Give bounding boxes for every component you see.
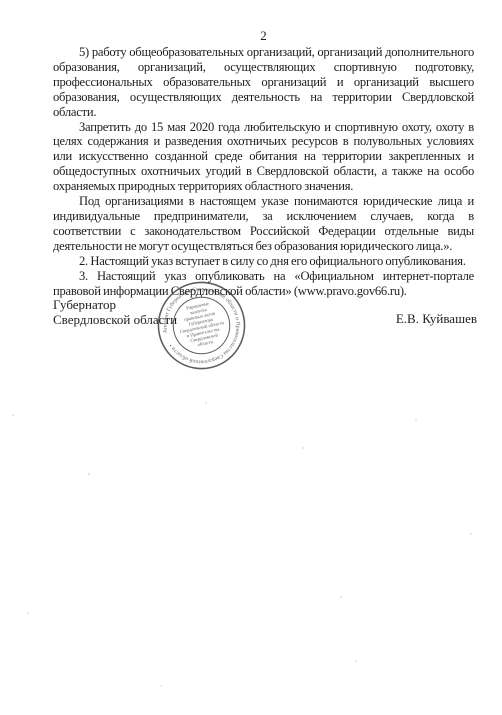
document-page: 2 5) работу общеобразовательных организа… <box>0 0 502 715</box>
signatory-name: Е.В. Куйвашев <box>396 311 477 327</box>
official-stamp: Аппарат Губернатора Свердловской области… <box>148 272 256 380</box>
document-body: 5) работу общеобразовательных организаци… <box>53 45 474 298</box>
para-hunting-ban: Запретить до 15 мая 2020 года любительск… <box>53 120 474 195</box>
para-organizations-definition: Под организациями в настоящем указе пони… <box>53 194 474 254</box>
signature-block: Губернатор Свердловской области Е.В. Куй… <box>53 298 474 327</box>
para-entry-into-force: 2. Настоящий указ вступает в силу со дня… <box>53 254 474 269</box>
para-publication: 3. Настоящий указ опубликовать на «Офици… <box>53 269 474 299</box>
scan-noise <box>0 0 2 2</box>
para-subitem-5: 5) работу общеобразовательных организаци… <box>53 45 474 120</box>
page-number: 2 <box>53 28 474 44</box>
official-stamp-graphic: Аппарат Губернатора Свердловской области… <box>148 272 256 380</box>
